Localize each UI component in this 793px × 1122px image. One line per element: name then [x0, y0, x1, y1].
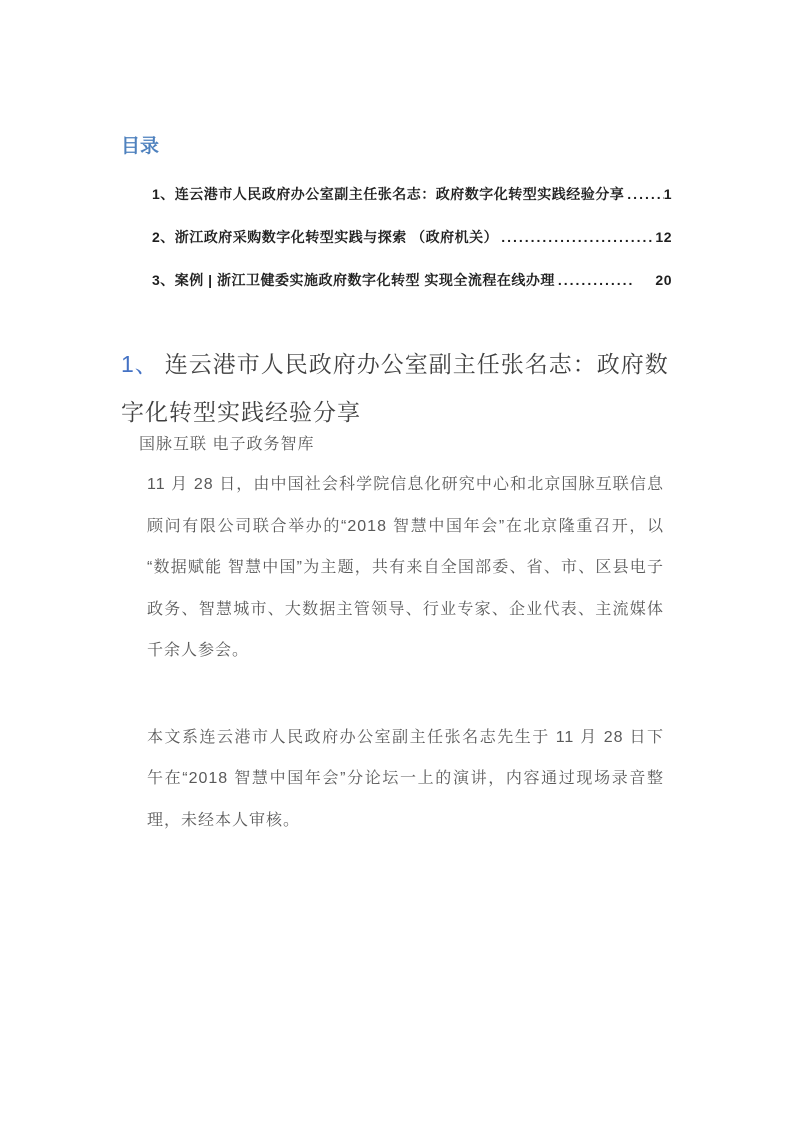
- toc-heading: 目录: [121, 134, 672, 160]
- toc-dot-leader: ...............................: [498, 227, 655, 247]
- article-byline: 国脉互联 电子政务智库: [139, 436, 672, 454]
- section-number: 1、: [121, 351, 159, 377]
- toc-dot-leader: ........: [624, 184, 663, 204]
- toc-entry-2[interactable]: 2、浙江政府采购数字化转型实践与探索 （政府机关） ..............…: [121, 227, 672, 247]
- document-page: 目录 1、连云港市人民政府办公室副主任张名志：政府数字化转型实践经验分享 ...…: [0, 0, 793, 1122]
- toc-page-number: 1: [664, 184, 672, 204]
- toc-entry-1[interactable]: 1、连云港市人民政府办公室副主任张名志：政府数字化转型实践经验分享 ......…: [121, 184, 672, 204]
- toc-page-number: 12: [655, 227, 672, 247]
- toc-entry-3[interactable]: 3、案例 | 浙江卫健委实施政府数字化转型 实现全流程在线办理 ........…: [121, 270, 672, 290]
- toc-list: 1、连云港市人民政府办公室副主任张名志：政府数字化转型实践经验分享 ......…: [121, 184, 672, 290]
- article-paragraph-1: 11 月 28 日，由中国社会科学院信息化研究中心和北京国脉互联信息顾问有限公司…: [147, 464, 664, 672]
- toc-dot-leader: .............: [555, 270, 656, 290]
- article-paragraph-2: 本文系连云港市人民政府办公室副主任张名志先生于 11 月 28 日下午在“201…: [147, 717, 664, 842]
- toc-entry-label: 2、浙江政府采购数字化转型实践与探索 （政府机关）: [152, 227, 498, 247]
- toc-page-number: 20: [655, 270, 672, 290]
- toc-entry-label: 3、案例 | 浙江卫健委实施政府数字化转型 实现全流程在线办理: [152, 270, 555, 290]
- toc-entry-label: 1、连云港市人民政府办公室副主任张名志：政府数字化转型实践经验分享: [152, 184, 624, 204]
- section-title: 连云港市人民政府办公室副主任张名志：政府数字化转型实践经验分享: [121, 351, 669, 425]
- section-heading: 1、连云港市人民政府办公室副主任张名志：政府数字化转型实践经验分享: [121, 340, 672, 436]
